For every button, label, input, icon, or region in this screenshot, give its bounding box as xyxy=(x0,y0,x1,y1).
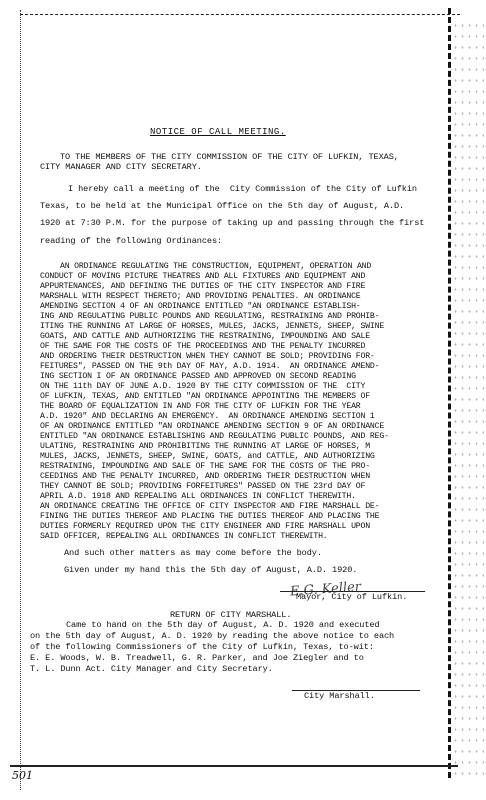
return-line-2: on the 5th day of August, A. D. 1920 by … xyxy=(30,631,394,642)
page-number: 501 xyxy=(12,769,33,782)
scan-noise xyxy=(452,20,484,780)
ordinance-line: AN ORDINANCE REGULATING THE CONSTRUCTION… xyxy=(60,262,371,271)
return-line-4: E. E. Woods, W. B. Treadwell, G. R. Park… xyxy=(30,653,364,664)
ordinance-line: ON THE 11th DAY OF JUNE A.D. 1920 BY THE… xyxy=(40,382,365,391)
ordinance-line: MARSHALL WITH RESPECT THERETO; AND PROVI… xyxy=(40,292,361,301)
ordinance-line: AN ORDINANCE CREATING THE OFFICE OF CITY… xyxy=(40,502,379,511)
page-border-top xyxy=(20,14,460,15)
call-line-2: Texas, to be held at the Municipal Offic… xyxy=(40,201,404,212)
salutation-line-1: TO THE MEMBERS OF THE CITY COMMISSION OF… xyxy=(60,152,399,163)
ordinance-line: CEEDINGS AND THE PENALTY INCURRED, AND O… xyxy=(40,472,370,481)
ordinance-line: THEY CANNOT BE SOLD; PROVIDING FORFEITUR… xyxy=(40,482,365,491)
call-line-3: 1920 at 7:30 P.M. for the purpose of tak… xyxy=(40,218,424,229)
return-line-1: Came to hand on the 5th day of August, A… xyxy=(66,620,380,631)
ordinance-line: DUTIES FORMERLY REQUIRED UPON THE CITY E… xyxy=(40,522,370,531)
ordinance-line: OF AN ORDINANCE ENTITLED "AN ORDINANCE A… xyxy=(40,422,384,431)
call-line-4: reading of the following Ordinances: xyxy=(40,236,222,247)
ordinance-line: AMENDING SECTION 4 OF AN ORDINANCE ENTIT… xyxy=(40,302,361,311)
ordinance-line: ULATING, RESTRAINING AND PROHIBITING THE… xyxy=(40,442,370,451)
ordinance-line: ING AND REGULATING PUBLIC POUNDS AND REG… xyxy=(40,312,379,321)
ordinance-line: ING SECTION I OF AN ORDINANCE PASSED AND… xyxy=(40,372,356,381)
ordinance-line: CONDUCT OF MOVING PICTURE THEATRES AND A… xyxy=(40,272,365,281)
ordinance-line: FINING THE DUTIES THEREOF AND PLACING TH… xyxy=(40,512,379,521)
ordinance-line: AND ORDERING THEIR DESTRUCTION WHEN THEY… xyxy=(40,352,375,361)
return-line-5: T. L. Dunn Act. City Manager and City Se… xyxy=(30,664,273,675)
given-under-hand-line: Given under my hand this the 5th day of … xyxy=(64,565,357,576)
mayor-title: Mayor, City of Lufkin. xyxy=(296,592,407,603)
page-border-left xyxy=(20,10,21,790)
ordinance-line: FEITURES", PASSED ON THE 9th DAY OF MAY,… xyxy=(40,362,379,371)
marshal-title: City Marshall. xyxy=(304,691,375,702)
ordinance-line: RESTRAINING, IMPOUNDING AND SALE OF THE … xyxy=(40,462,370,471)
page-border-right xyxy=(448,8,451,778)
ordinance-line: A.D. 1920" AND DECLARING AN EMERGENCY. A… xyxy=(40,412,375,421)
return-heading: RETURN OF CITY MARSHALL. xyxy=(170,610,291,621)
ordinance-line: ITING THE RUNNING AT LARGE OF HORSES, MU… xyxy=(40,322,384,331)
page-border-bottom xyxy=(10,765,458,767)
other-matters-line: And such other matters as may come befor… xyxy=(64,548,322,559)
document-title: NOTICE OF CALL MEETING. xyxy=(150,127,286,137)
ordinance-line: GOATS, AND CATTLE AND AUTHORIZING THE RE… xyxy=(40,332,370,341)
call-line-1: I hereby call a meeting of the City Comm… xyxy=(68,184,417,195)
ordinance-line: SAID OFFICER, REPEALING ALL ORDINANCES I… xyxy=(40,532,328,541)
ordinance-line: OF LUFKIN, TEXAS, AND ENTITLED "AN ORDIN… xyxy=(40,392,370,401)
ordinance-line: THE BOARD OF EQUALIZATION IN AND FOR THE… xyxy=(40,402,361,411)
scanned-document-page: NOTICE OF CALL MEETING. TO THE MEMBERS O… xyxy=(0,0,486,800)
return-line-3: of the following Commissioners of the Ci… xyxy=(30,642,374,653)
ordinance-line: APRIL A.D. 1918 AND REPEALING ALL ORDINA… xyxy=(40,492,356,501)
ordinance-line: OF THE SAME FOR THE COSTS OF THE PROCEED… xyxy=(40,342,365,351)
salutation-line-2: CITY MANAGER AND CITY SECRETARY. xyxy=(40,162,202,173)
ordinance-line: APPURTENANCES, AND DEFINING THE DUTIES O… xyxy=(40,282,365,291)
ordinance-line: ENTITLED "AN ORDINANCE ESTABLISHING AND … xyxy=(40,432,389,441)
ordinance-line: MULES, JACKS, JENNETS, SHEEP, SWINE, GOA… xyxy=(40,452,375,461)
